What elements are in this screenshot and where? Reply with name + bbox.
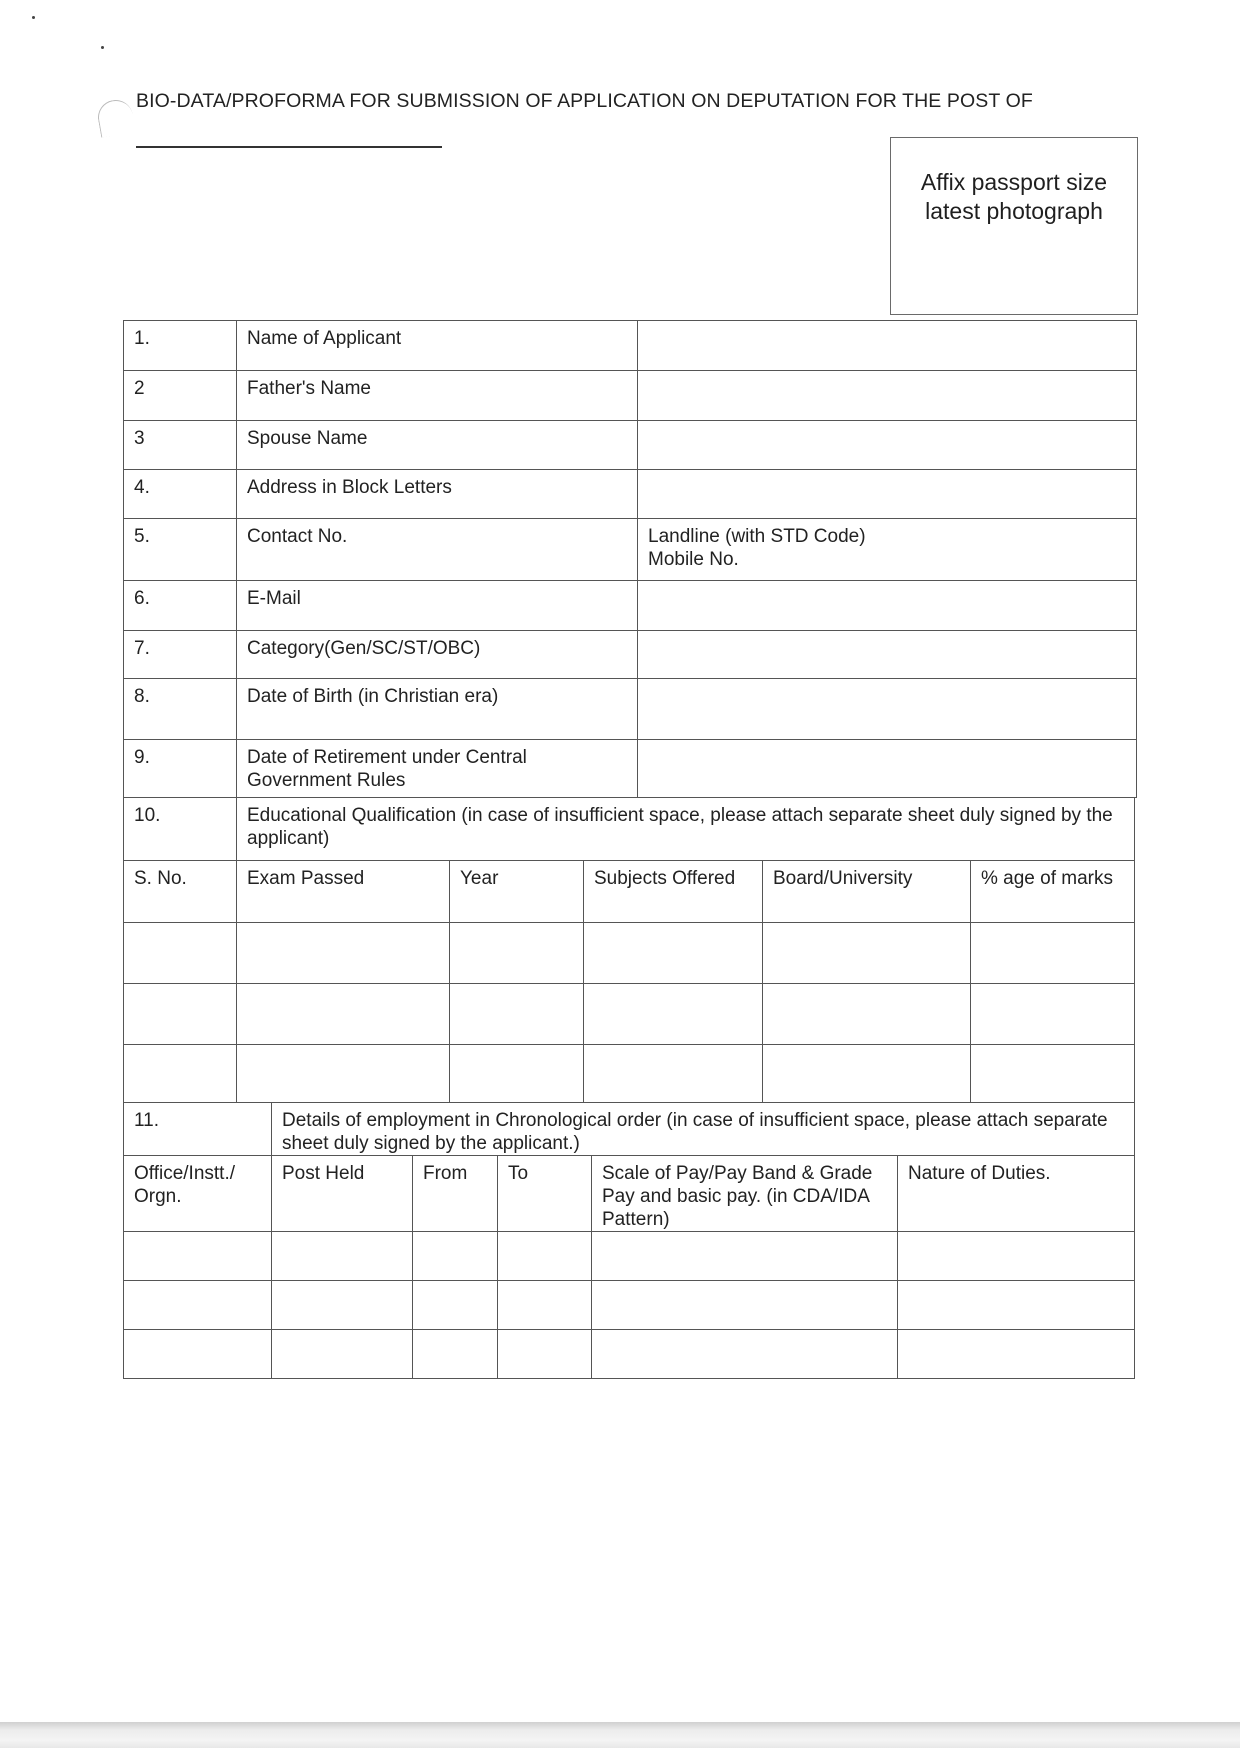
edu-cell[interactable]	[450, 1045, 584, 1103]
emp-cell[interactable]	[898, 1232, 1135, 1281]
row-number: 4.	[124, 470, 237, 519]
table-row: 4. Address in Block Letters	[124, 470, 1137, 519]
table-row	[124, 1330, 1135, 1379]
column-header: Year	[450, 861, 584, 923]
field-label: Address in Block Letters	[237, 470, 638, 519]
employment-header-row: Office/Instt./ Orgn. Post Held From To S…	[124, 1156, 1135, 1232]
emp-cell[interactable]	[124, 1232, 272, 1281]
landline-label: Landline (with STD Code)	[648, 525, 1126, 548]
category-field[interactable]	[638, 631, 1137, 679]
emp-cell[interactable]	[413, 1232, 498, 1281]
row-number: 8.	[124, 679, 237, 740]
field-label: E-Mail	[237, 581, 638, 631]
emp-cell[interactable]	[898, 1281, 1135, 1330]
edu-cell[interactable]	[971, 1045, 1135, 1103]
emp-cell[interactable]	[413, 1281, 498, 1330]
emp-cell[interactable]	[592, 1330, 898, 1379]
row-number: 1.	[124, 321, 237, 371]
edu-cell[interactable]	[971, 923, 1135, 984]
mobile-label: Mobile No.	[648, 548, 1126, 571]
scan-speck	[32, 16, 35, 19]
personal-details-table: 1. Name of Applicant 2 Father's Name 3 S…	[123, 320, 1137, 798]
column-header: S. No.	[124, 861, 237, 923]
edu-cell[interactable]	[124, 1045, 237, 1103]
edu-cell[interactable]	[237, 1045, 450, 1103]
row-number: 7.	[124, 631, 237, 679]
row-number: 9.	[124, 740, 237, 798]
emp-cell[interactable]	[272, 1232, 413, 1281]
row-number: 2	[124, 371, 237, 421]
column-header: Scale of Pay/Pay Band & Grade Pay and ba…	[592, 1156, 898, 1232]
table-row	[124, 1281, 1135, 1330]
column-header: Office/Instt./ Orgn.	[124, 1156, 272, 1232]
table-row: 3 Spouse Name	[124, 421, 1137, 470]
field-label: Date of Birth (in Christian era)	[237, 679, 638, 740]
education-heading: Educational Qualification (in case of in…	[237, 798, 1135, 861]
edu-cell[interactable]	[450, 984, 584, 1045]
address-field[interactable]	[638, 470, 1137, 519]
email-field[interactable]	[638, 581, 1137, 631]
field-label: Spouse Name	[237, 421, 638, 470]
employment-heading: Details of employment in Chronological o…	[272, 1103, 1135, 1156]
column-header: To	[498, 1156, 592, 1232]
emp-cell[interactable]	[124, 1281, 272, 1330]
fathers-name-field[interactable]	[638, 371, 1137, 421]
column-header: Post Held	[272, 1156, 413, 1232]
field-label: Father's Name	[237, 371, 638, 421]
spouse-name-field[interactable]	[638, 421, 1137, 470]
table-row	[124, 1045, 1135, 1103]
scan-speck	[101, 46, 104, 49]
row-number: 10.	[124, 798, 237, 861]
edu-cell[interactable]	[237, 984, 450, 1045]
table-row	[124, 923, 1135, 984]
emp-cell[interactable]	[124, 1330, 272, 1379]
table-row: 9. Date of Retirement under Central Gove…	[124, 740, 1137, 798]
table-row	[124, 1232, 1135, 1281]
field-label: Name of Applicant	[237, 321, 638, 371]
name-of-applicant-field[interactable]	[638, 321, 1137, 371]
edu-cell[interactable]	[584, 923, 763, 984]
photo-box[interactable]: Affix passport size latest photograph	[890, 137, 1138, 315]
table-row: 8. Date of Birth (in Christian era)	[124, 679, 1137, 740]
table-row: 7. Category(Gen/SC/ST/OBC)	[124, 631, 1137, 679]
emp-cell[interactable]	[498, 1232, 592, 1281]
field-label: Category(Gen/SC/ST/OBC)	[237, 631, 638, 679]
photo-box-line1: Affix passport size	[891, 168, 1137, 197]
edu-cell[interactable]	[763, 984, 971, 1045]
edu-cell[interactable]	[237, 923, 450, 984]
table-row: 6. E-Mail	[124, 581, 1137, 631]
date-of-retirement-field[interactable]	[638, 740, 1137, 798]
column-header: Subjects Offered	[584, 861, 763, 923]
document-title: BIO-DATA/PROFORMA FOR SUBMISSION OF APPL…	[136, 90, 1033, 113]
education-header-row: S. No. Exam Passed Year Subjects Offered…	[124, 861, 1135, 923]
emp-cell[interactable]	[592, 1232, 898, 1281]
column-header: Board/University	[763, 861, 971, 923]
edu-cell[interactable]	[763, 1045, 971, 1103]
field-label: Date of Retirement under Central Governm…	[237, 740, 638, 798]
post-name-blank-line[interactable]	[136, 146, 442, 148]
column-header: From	[413, 1156, 498, 1232]
row-number: 11.	[124, 1103, 272, 1156]
emp-cell[interactable]	[413, 1330, 498, 1379]
emp-cell[interactable]	[272, 1281, 413, 1330]
photo-box-line2: latest photograph	[891, 197, 1137, 226]
edu-cell[interactable]	[584, 1045, 763, 1103]
row-number: 3	[124, 421, 237, 470]
emp-cell[interactable]	[272, 1330, 413, 1379]
edu-cell[interactable]	[971, 984, 1135, 1045]
edu-cell[interactable]	[450, 923, 584, 984]
education-heading-row: 10. Educational Qualification (in case o…	[124, 798, 1135, 861]
edu-cell[interactable]	[763, 923, 971, 984]
date-of-birth-field[interactable]	[638, 679, 1137, 740]
edu-cell[interactable]	[124, 923, 237, 984]
emp-cell[interactable]	[592, 1281, 898, 1330]
column-header: Nature of Duties.	[898, 1156, 1135, 1232]
column-header: Exam Passed	[237, 861, 450, 923]
emp-cell[interactable]	[498, 1281, 592, 1330]
column-header: % age of marks	[971, 861, 1135, 923]
emp-cell[interactable]	[498, 1330, 592, 1379]
table-row: 5. Contact No. Landline (with STD Code) …	[124, 519, 1137, 581]
row-number: 5.	[124, 519, 237, 581]
education-table: 10. Educational Qualification (in case o…	[123, 797, 1135, 1103]
field-label: Contact No.	[237, 519, 638, 581]
employment-table: 11. Details of employment in Chronologic…	[123, 1102, 1135, 1379]
edu-cell[interactable]	[584, 984, 763, 1045]
emp-cell[interactable]	[898, 1330, 1135, 1379]
employment-heading-row: 11. Details of employment in Chronologic…	[124, 1103, 1135, 1156]
table-row: 1. Name of Applicant	[124, 321, 1137, 371]
row-number: 6.	[124, 581, 237, 631]
scan-mark	[95, 97, 136, 138]
table-row: 2 Father's Name	[124, 371, 1137, 421]
edu-cell[interactable]	[124, 984, 237, 1045]
table-row	[124, 984, 1135, 1045]
contact-no-field[interactable]: Landline (with STD Code) Mobile No.	[638, 519, 1137, 581]
scanner-edge	[0, 1722, 1240, 1748]
